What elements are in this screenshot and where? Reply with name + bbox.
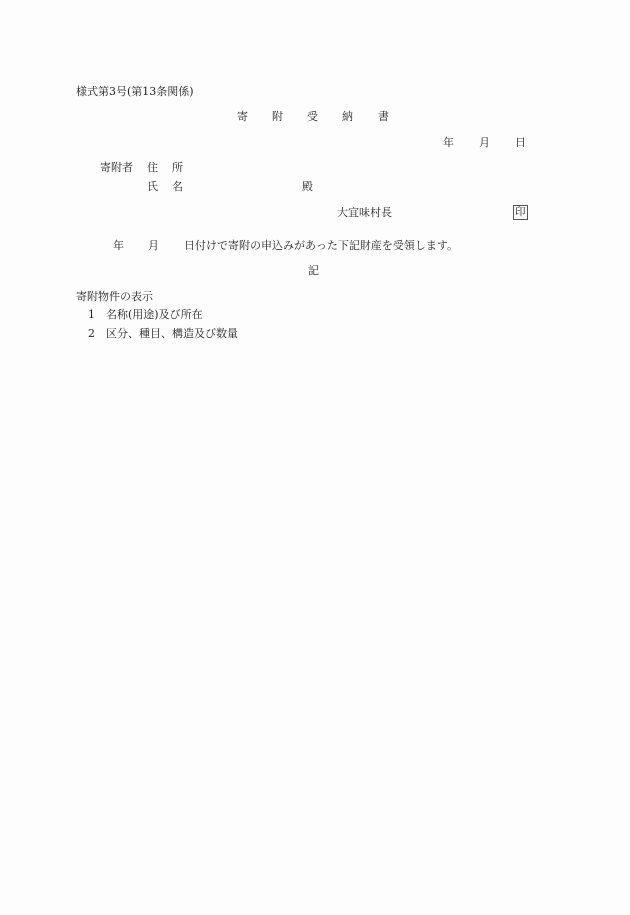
statement-text: 日付けで寄附の申込みがあった下記財産を受領します。 — [184, 240, 458, 251]
honorific-dono: 殿 — [302, 181, 313, 192]
date-year-label: 年 — [443, 137, 454, 148]
items-heading: 寄附物件の表示 — [76, 291, 153, 302]
item-number: 2 — [88, 328, 95, 339]
title-char: 受 — [307, 111, 318, 122]
address-label-1: 住 — [147, 162, 158, 173]
ki-marker: 記 — [308, 265, 319, 276]
donor-label: 寄附者 — [100, 162, 133, 173]
statement-year: 年 — [113, 240, 124, 251]
title-char: 納 — [342, 111, 353, 122]
title-char: 寄 — [237, 111, 248, 122]
seal-mark: 印 — [513, 205, 528, 220]
title-char: 附 — [272, 111, 283, 122]
item-text: 区分、種目、構造及び数量 — [106, 328, 238, 339]
statement-month: 月 — [148, 240, 159, 251]
date-month-label: 月 — [479, 137, 490, 148]
title-char: 書 — [378, 111, 389, 122]
name-label-1: 氏 — [147, 181, 158, 192]
form-number: 様式第3号(第13条関係) — [76, 86, 194, 97]
name-label-2: 名 — [172, 181, 183, 192]
issuer-title: 大宜味村長 — [337, 207, 392, 218]
item-number: 1 — [88, 309, 95, 320]
date-day-label: 日 — [515, 137, 526, 148]
item-text: 名称(用途)及び所在 — [106, 309, 203, 320]
address-label-2: 所 — [172, 162, 183, 173]
